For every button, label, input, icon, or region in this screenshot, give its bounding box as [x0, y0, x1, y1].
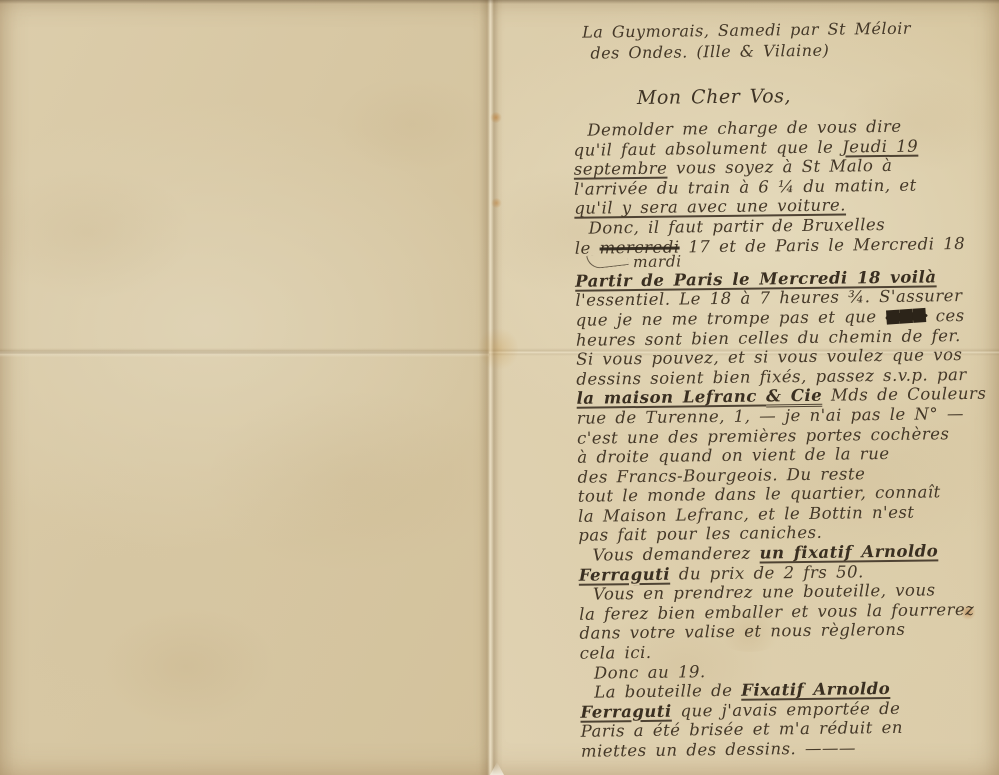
letter-body: Demolder me charge de vous direqu'il fau… — [557, 116, 999, 762]
paper-mottling — [0, 0, 489, 775]
ink-blot: ███ — [885, 311, 927, 322]
dateline-line-2: des Ondes. (Ille & Vilaine) — [590, 38, 992, 64]
letter-paper: La Guymorais, Samedi par St Méloir des O… — [0, 0, 999, 775]
handwritten-letter: La Guymorais, Samedi par St Méloir des O… — [556, 17, 999, 762]
paper-top-edge-shadow — [0, 0, 999, 4]
dateline: La Guymorais, Samedi par St Méloir des O… — [582, 17, 992, 64]
photographed-letter: La Guymorais, Samedi par St Méloir des O… — [0, 0, 999, 775]
salutation: Mon Cher Vos, — [637, 82, 993, 110]
blank-left-page — [0, 0, 489, 775]
